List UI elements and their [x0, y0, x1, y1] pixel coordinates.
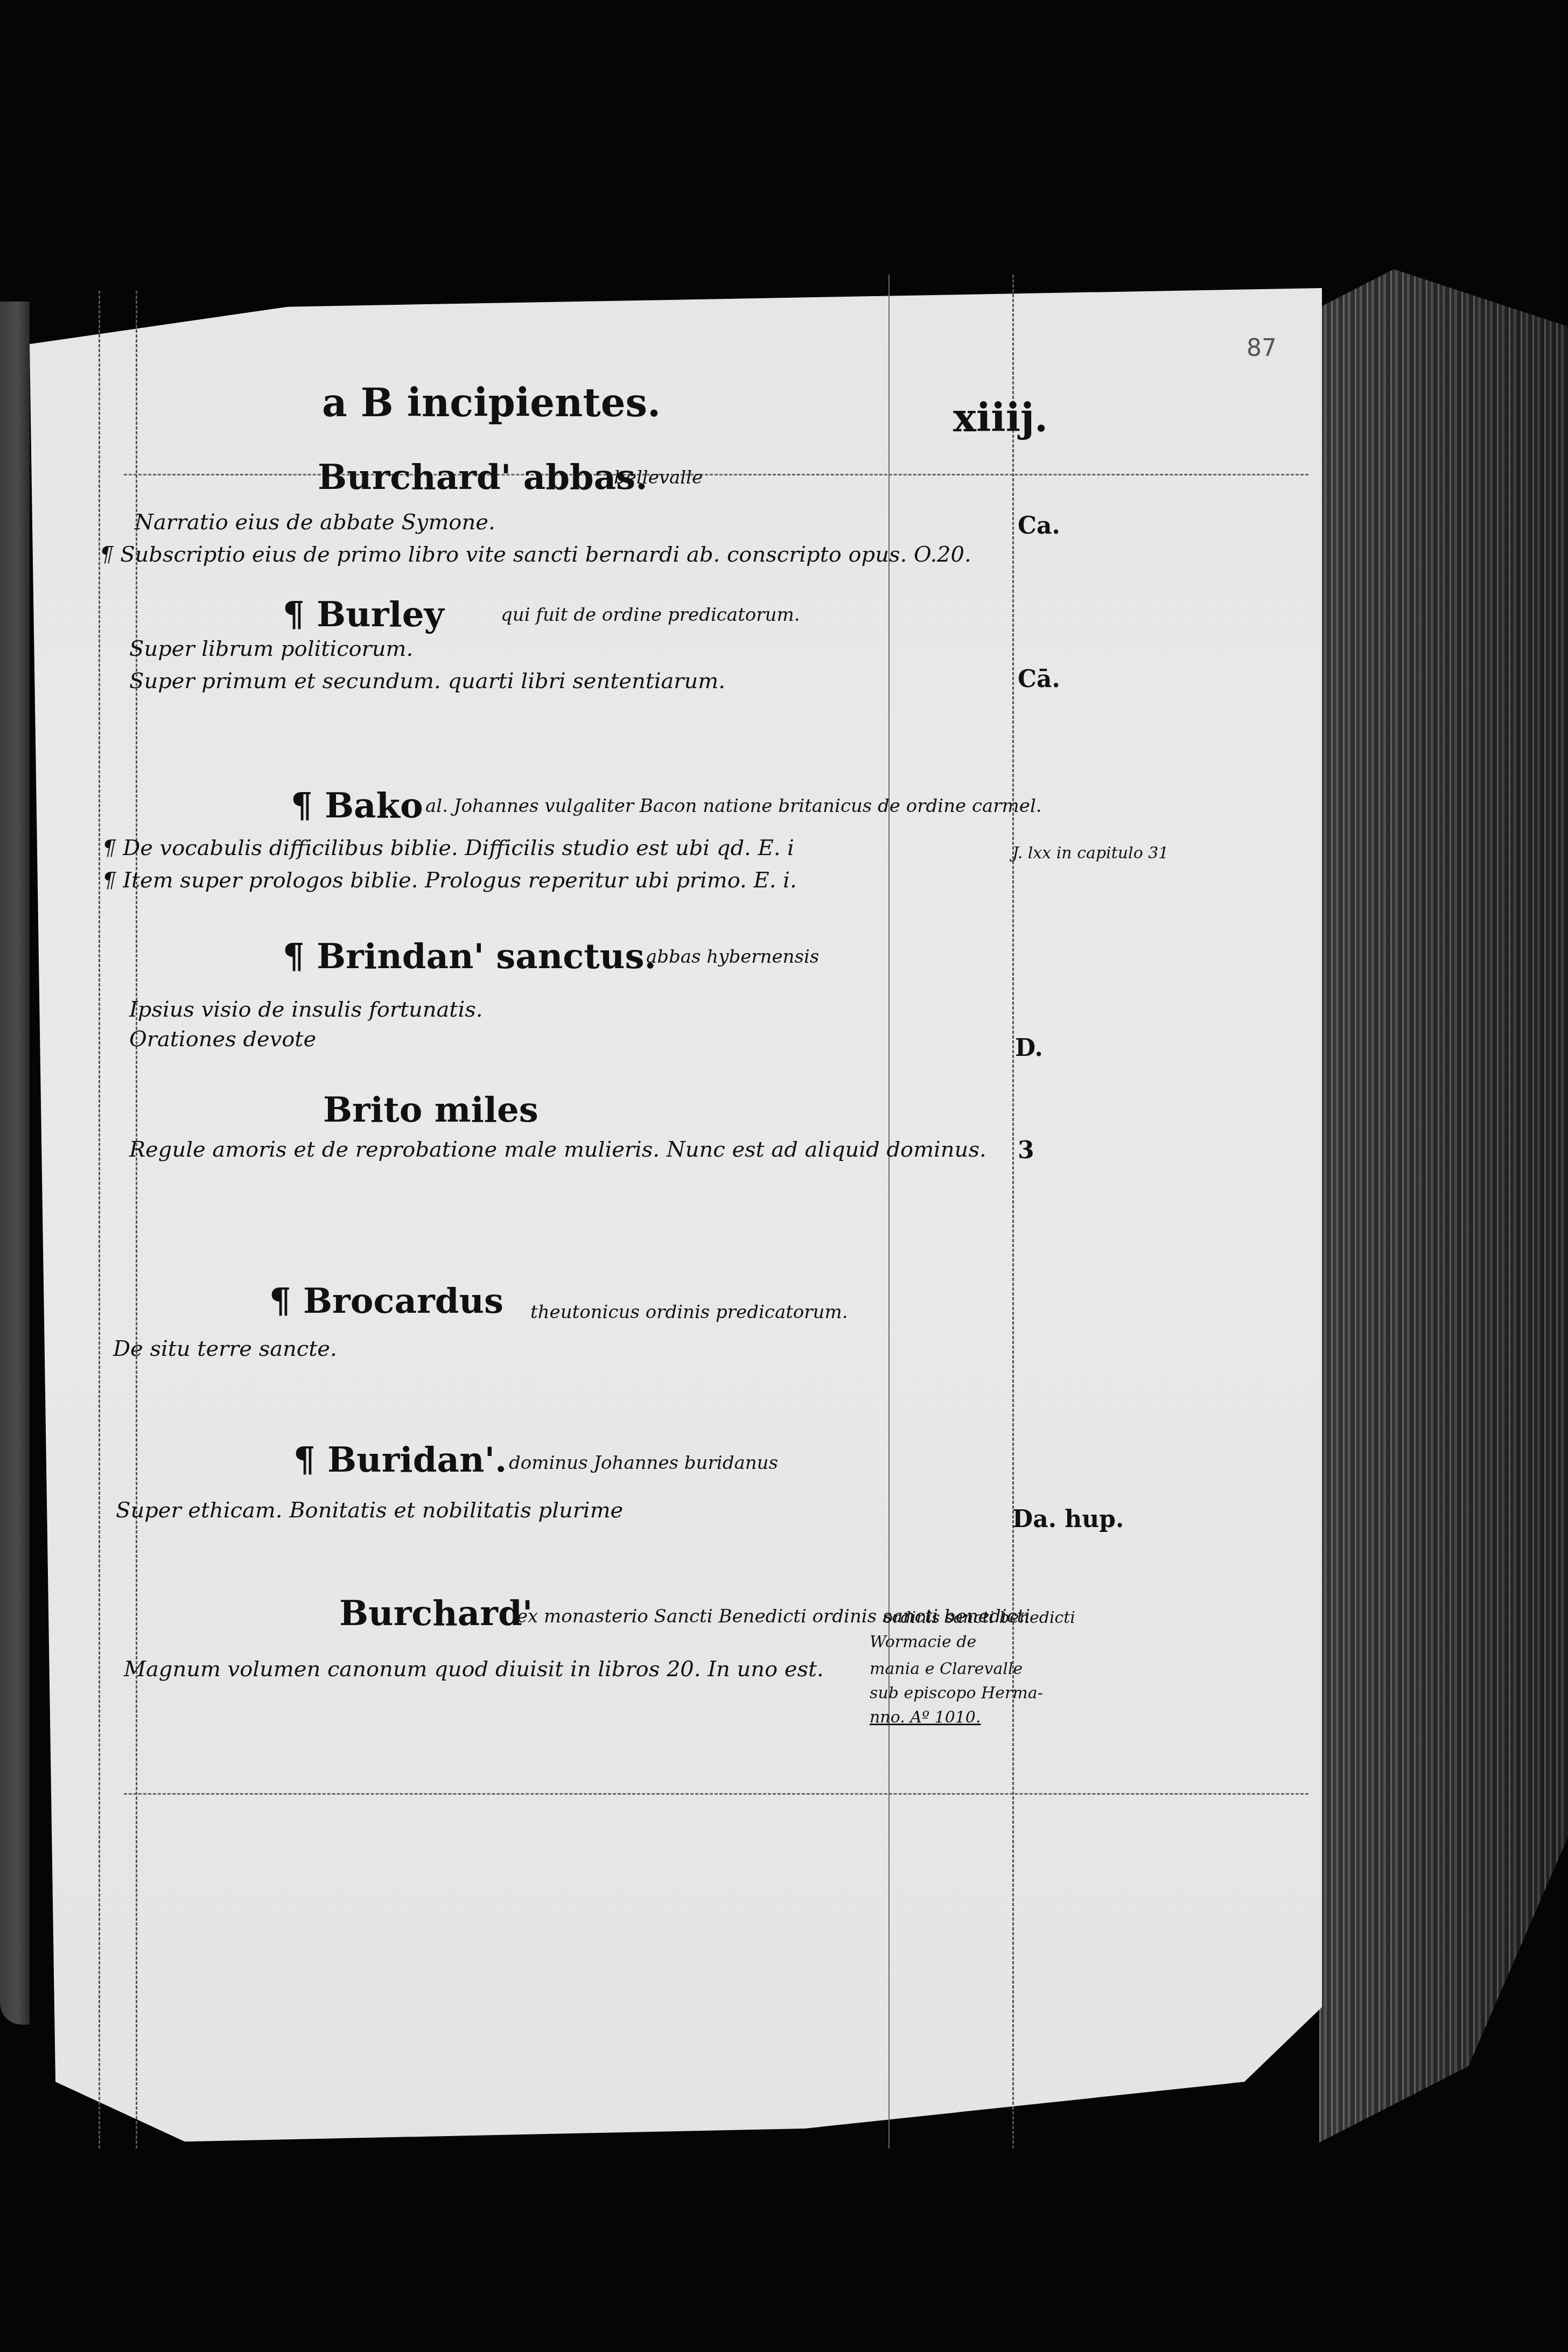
- entry-author: Burchard': [339, 1597, 533, 1631]
- shelf-mark: D.: [1015, 1037, 1043, 1060]
- folio-number: 87: [1247, 337, 1277, 360]
- entry-line: De situ terre sancte.: [113, 1338, 337, 1360]
- entry-author-note: theutonicus ordinis predicatorum.: [530, 1303, 848, 1321]
- entry-author-note: abbas hybernensis: [646, 948, 819, 966]
- margin-note-line: nno. Aº 1010.: [870, 1710, 981, 1726]
- entry-author-note: dominus Johannes buridanus: [509, 1454, 778, 1472]
- entry-line: Ipsius visio de insulis fortunatis.: [129, 999, 482, 1020]
- entry-line: ¶ Item super prologos biblie. Prologus r…: [102, 870, 797, 891]
- entry-line: Super librum politicorum.: [129, 638, 413, 660]
- entry-line: Super primum et secundum. quarti libri s…: [129, 670, 725, 692]
- entry-line: Super ethicam. Bonitatis et nobilitatis …: [116, 1500, 623, 1521]
- entry-author: ¶ Buridan'.: [293, 1443, 507, 1478]
- entry-author: ¶ Brocardus: [269, 1284, 503, 1319]
- entry-author-note: al. Johannes vulgaliter Bacon natione br…: [425, 797, 1042, 815]
- shelf-mark: 3: [1018, 1139, 1034, 1163]
- left-margin-rule-2: [136, 291, 137, 2148]
- entry-author-note: bellevalle: [614, 468, 703, 487]
- entry-line: ¶ De vocabulis difficilibus biblie. Diff…: [102, 837, 794, 859]
- entry-author: Burchard' abbas.: [318, 460, 647, 495]
- shelf-mark: Cā.: [1018, 668, 1060, 691]
- entry-author: Brito miles: [323, 1093, 538, 1128]
- entry-author-note: qui fuit de ordine predicatorum.: [501, 606, 800, 624]
- top-rule: [124, 474, 1308, 475]
- left-margin-rule-1: [99, 291, 100, 2148]
- column-rule-2: [1012, 275, 1014, 2148]
- book-fore-edge: [1319, 269, 1568, 2181]
- entry-line: ¶ Subscriptio eius de primo libro vite s…: [100, 544, 971, 565]
- entry-author: ¶ Bako: [291, 789, 423, 823]
- shelf-mark: J. lxx in capitulo 31: [1012, 845, 1168, 862]
- margin-note-line: sub episcopo Herma-: [870, 1685, 1043, 1702]
- margin-note-line: Wormacie de: [870, 1634, 976, 1650]
- entry-author: ¶ Brindan' sanctus.: [283, 940, 656, 974]
- entry-line: Regule amoris et de reprobatione male mu…: [129, 1139, 986, 1160]
- margin-note-line: mania e Clarevalle: [870, 1661, 1023, 1677]
- page-number: xiiij.: [953, 398, 1048, 437]
- page-title: a B incipientes.: [322, 383, 661, 422]
- entry-line: Narratio eius de abbate Symone.: [135, 512, 495, 533]
- entry-author: ¶ Burley: [283, 598, 444, 632]
- margin-note-line: ordinis sancti benedicti: [883, 1610, 1075, 1626]
- shelf-mark: Ca.: [1018, 514, 1060, 538]
- manuscript-page: [30, 288, 1322, 2157]
- facing-page-edge: [0, 302, 30, 2025]
- entry-line: Magnum volumen canonum quod diuisit in l…: [124, 1658, 824, 1680]
- entry-line: Orationes devote: [129, 1028, 316, 1050]
- shelf-mark: Da. hup.: [1012, 1508, 1124, 1531]
- bottom-rule: [124, 1793, 1308, 1795]
